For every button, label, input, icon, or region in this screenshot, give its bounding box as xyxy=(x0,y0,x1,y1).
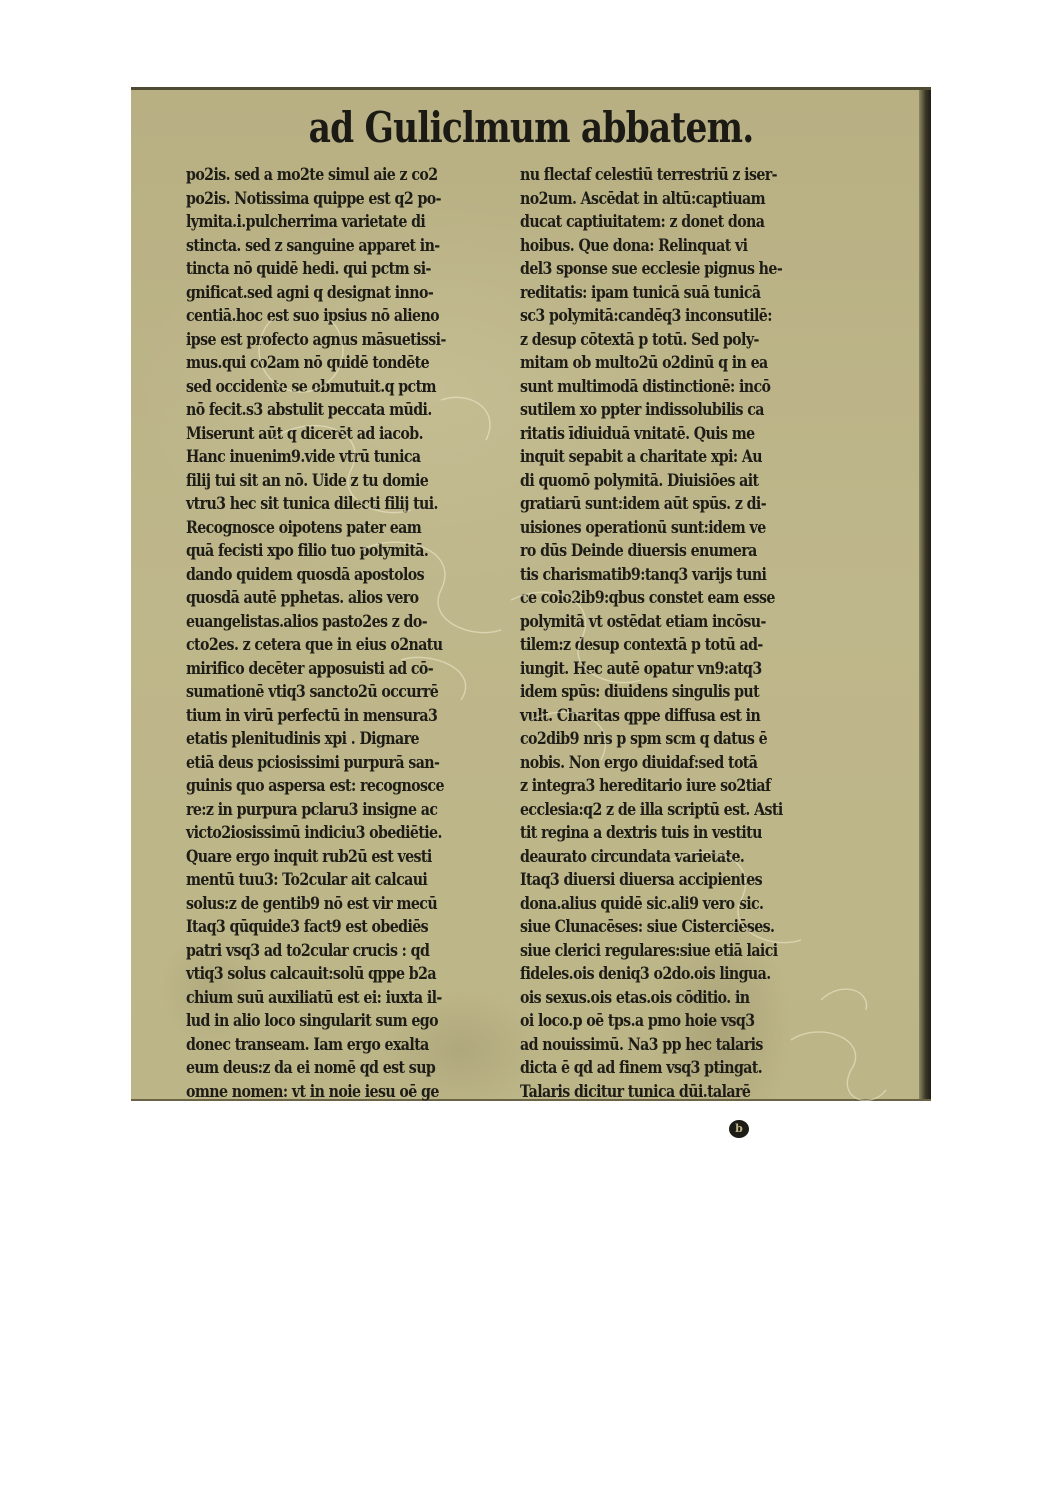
text-line: ritatis īdiuiduā vnitatē. Quis me xyxy=(520,422,808,446)
text-line: po2is. sed a mo2te simul aie z co2 xyxy=(186,163,474,187)
text-line: tilem:z desup contextā p totū ad- xyxy=(520,633,808,657)
text-line: sed occidente se obmutuit.q pctm xyxy=(186,375,474,399)
text-line: di quomō polymitā. Diuisiōes ait xyxy=(520,469,808,493)
text-line: nobis. Non ergo diuidaf:sed totā xyxy=(520,751,808,775)
text-line: ecclesia:q2 z de illa scriptū est. Asti xyxy=(520,798,808,822)
text-line: Itaq3 qūquide3 fact9 est obediēs xyxy=(186,915,474,939)
text-line: reditatis: ipam tunicā suā tunicā xyxy=(520,281,808,305)
text-line: tit regina a dextris tuis in vestitu xyxy=(520,821,808,845)
text-line: filij tui sit an nō. Uide z tu domie xyxy=(186,469,474,493)
text-line: mus.qui co2am nō quidē tondēte xyxy=(186,351,474,375)
text-line: ad nouissimū. Na3 pp hec talaris xyxy=(520,1033,808,1057)
page-edge-shadow xyxy=(919,90,931,1099)
text-line: vult. Charitas qppe diffusa est in xyxy=(520,704,808,728)
text-line: tium in virū perfectū in mensura3 xyxy=(186,704,474,728)
text-line: sunt multimodā distinctionē: incō xyxy=(520,375,808,399)
text-line: hoibus. Que dona: Relinquat vi xyxy=(520,234,808,258)
text-line: polymitā vt ostēdat etiam incōsu- xyxy=(520,610,808,634)
text-line: stincta. sed z sanguine apparet in- xyxy=(186,234,474,258)
text-line: tis charismatib9:tanq3 varijs tuni xyxy=(520,563,808,587)
text-line: del3 sponse sue ecclesie pignus he- xyxy=(520,257,808,281)
text-line: uisiones operationū sunt:idem ve xyxy=(520,516,808,540)
text-line: tincta nō quidē hedi. qui pctm si- xyxy=(186,257,474,281)
text-line: fideles.ois deniq3 o2do.ois lingua. xyxy=(520,962,808,986)
text-line: donec transeam. Iam ergo exalta xyxy=(186,1033,474,1057)
text-line: guinis quo aspersa est: recognosce xyxy=(186,774,474,798)
text-line: co2dib9 nris p spm scm q datus ē xyxy=(520,727,808,751)
text-line: gnificat.sed agni q designat inno- xyxy=(186,281,474,305)
text-line: sumationē vtiq3 sancto2ū occurrē xyxy=(186,680,474,704)
text-line: solus:z de gentib9 nō est vir mecū xyxy=(186,892,474,916)
text-line: oi loco.p oē tps.a pmo hoie vsq3 xyxy=(520,1009,808,1033)
text-line: idem spūs: diuidens singulis put xyxy=(520,680,808,704)
text-line: ois sexus.ois etas.ois cōditio. in xyxy=(520,986,808,1010)
text-line: patri vsq3 ad to2cular crucis : qd xyxy=(186,939,474,963)
text-line: dando quidem quosdā apostolos xyxy=(186,563,474,587)
text-line: lud in alio loco singularit sum ego xyxy=(186,1009,474,1033)
text-line: inquit sepabit a charitate xpi: Au xyxy=(520,445,808,469)
signature-mark: b xyxy=(729,1120,749,1138)
text-line: ro dūs Deinde diuersis enumera xyxy=(520,539,808,563)
text-line: cto2es. z cetera que in eius o2natu xyxy=(186,633,474,657)
text-line: nō fecit.s3 abstulit peccata mūdi. xyxy=(186,398,474,422)
right-text-column: nu flectaf celestiū terrestriū z iser-no… xyxy=(520,163,855,1103)
text-line: gratiarū sunt:idem aūt spūs. z di- xyxy=(520,492,808,516)
text-line: chium suū auxiliatū est ei: iuxta il- xyxy=(186,986,474,1010)
text-line: quosdā autē pphetas. alios vero xyxy=(186,586,474,610)
text-line: centiā.hoc est suo ipsius nō alieno xyxy=(186,304,474,328)
text-line: sc3 polymitā:candēq3 inconsutilē: xyxy=(520,304,808,328)
text-line: eum deus:z da ei nomē qd est sup xyxy=(186,1056,474,1080)
text-line: dicta ē qd ad finem vsq3 ptingat. xyxy=(520,1056,808,1080)
text-line: deaurato circundata varietate. xyxy=(520,845,808,869)
text-line: mirifico decēter apposuisti ad cō- xyxy=(186,657,474,681)
text-line: re:z in purpura pclaru3 insigne ac xyxy=(186,798,474,822)
text-line: ipse est profecto agnus māsuetissi- xyxy=(186,328,474,352)
text-line: ducat captiuitatem: z donet dona xyxy=(520,210,808,234)
text-line: lymita.i.pulcherrima varietate di xyxy=(186,210,474,234)
text-line: Recognosce oipotens pater eam xyxy=(186,516,474,540)
text-line: z desup cōtextā p totū. Sed poly- xyxy=(520,328,808,352)
scanned-book-page: ad Guliclmum abbatem. po2is. sed a mo2te… xyxy=(131,87,931,1101)
text-line: po2is. Notissima quippe est q2 po- xyxy=(186,187,474,211)
text-line: vtiq3 solus calcauit:solū qppe b2a xyxy=(186,962,474,986)
left-text-column: po2is. sed a mo2te simul aie z co2po2is.… xyxy=(186,163,521,1103)
text-line: Talaris dicitur tunica dūi.talarē xyxy=(520,1080,808,1104)
text-line: sutilem xo ppter indissolubilis ca xyxy=(520,398,808,422)
text-line: mentū tuu3: To2cular ait calcaui xyxy=(186,868,474,892)
text-line: iungit. Hec autē opatur vn9:atq3 xyxy=(520,657,808,681)
text-line: mitam ob multo2ū o2dinū q in ea xyxy=(520,351,808,375)
text-line: no2um. Ascēdat in altū:captiuam xyxy=(520,187,808,211)
text-line: z integra3 hereditario iure so2tiaf xyxy=(520,774,808,798)
text-line: ce colo2ib9:qbus constet eam esse xyxy=(520,586,808,610)
text-line: Miserunt aūt q dicerēt ad iacob. xyxy=(186,422,474,446)
text-line: etatis plenitudinis xpi . Dignare xyxy=(186,727,474,751)
text-line: omne nomen: vt in noie iesu oē ge xyxy=(186,1080,474,1104)
text-line: Hanc inuenim9.vide vtrū tunica xyxy=(186,445,474,469)
text-line: victo2iosissimū indiciu3 obediētie. xyxy=(186,821,474,845)
text-line: nu flectaf celestiū terrestriū z iser- xyxy=(520,163,808,187)
text-line: Itaq3 diuersi diuersa accipientes xyxy=(520,868,808,892)
text-line: vtru3 hec sit tunica dilecti filij tui. xyxy=(186,492,474,516)
text-line: quā fecisti xpo filio tuo polymitā. xyxy=(186,539,474,563)
text-line: Quare ergo inquit rub2ū est vesti xyxy=(186,845,474,869)
running-head: ad Guliclmum abbatem. xyxy=(203,100,859,156)
text-line: etiā deus pciosissimi purpurā san- xyxy=(186,751,474,775)
text-line: euangelistas.alios pasto2es z do- xyxy=(186,610,474,634)
text-line: siue Clunacēses: siue Cisterciēses. xyxy=(520,915,808,939)
text-line: dona.alius quidē sic.ali9 vero sic. xyxy=(520,892,808,916)
text-line: siue clerici regulares:siue etiā laici xyxy=(520,939,808,963)
